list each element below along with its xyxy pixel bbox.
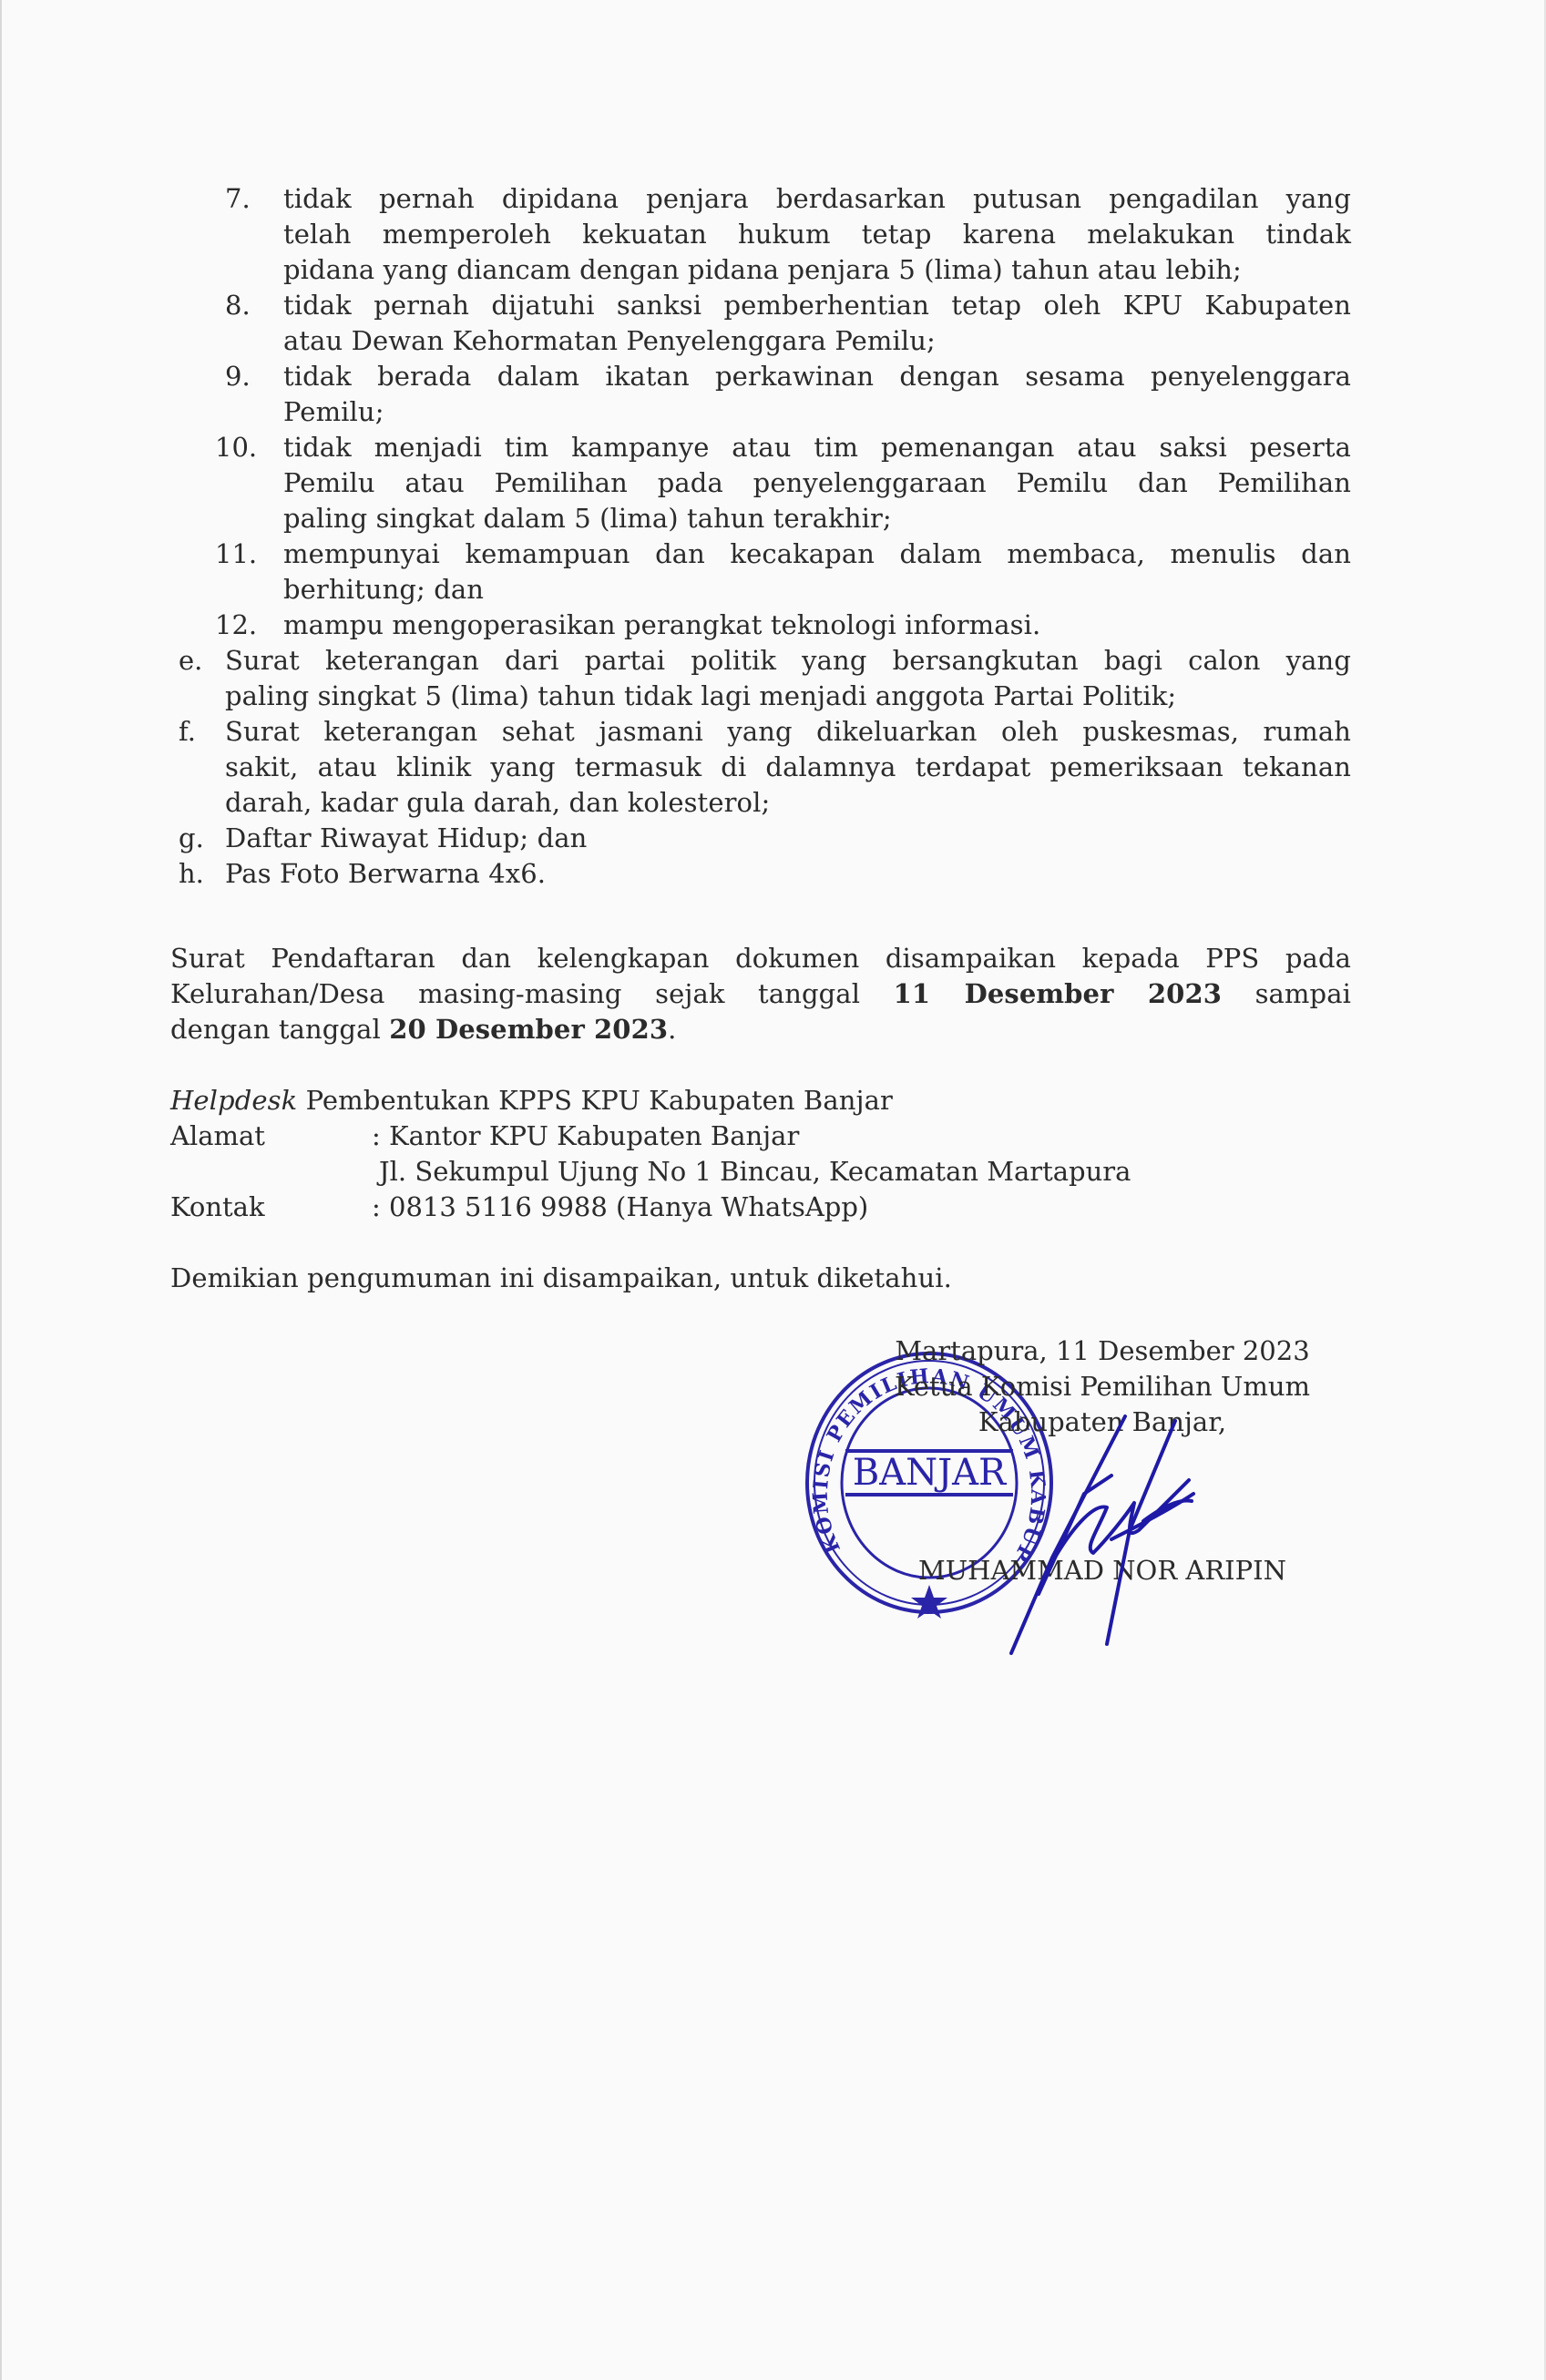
list-letter: h. (179, 856, 204, 892)
list-number: 8. (225, 288, 251, 323)
list-item-text: paling singkat 5 (lima) tahun tidak lagi… (225, 679, 1351, 714)
list-number: 10. (215, 430, 257, 465)
list-item-text: Surat keterangan dari partai politik yan… (225, 643, 1351, 679)
list-item-text: tidak berada dalam ikatan perkawinan den… (283, 359, 1351, 394)
list-item-text: Pemilu atau Pemilihan pada penyelenggara… (283, 465, 1351, 501)
end-date: 20 Desember 2023 (389, 1014, 668, 1045)
address-label: Alamat (170, 1118, 265, 1154)
list-number: 7. (225, 181, 251, 217)
list-letter: g. (179, 821, 204, 856)
address-value: : Kantor KPU Kabupaten Banjar (372, 1118, 799, 1154)
helpdesk-title: Helpdesk Pembentukan KPPS KPU Kabupaten … (170, 1083, 1351, 1118)
list-number: 11. (215, 536, 257, 572)
page-edge (0, 0, 2, 2380)
paragraph-line: Kelurahan/Desa masing-masing sejak tangg… (170, 976, 1351, 1012)
list-item-text: berhitung; dan (283, 572, 1351, 608)
contact-value: : 0813 5116 9988 (Hanya WhatsApp) (372, 1190, 868, 1225)
closing-statement: Demikian pengumuman ini disampaikan, unt… (170, 1261, 1351, 1296)
address-value-line2: Jl. Sekumpul Ujung No 1 Bincau, Kecamata… (379, 1154, 1131, 1190)
helpdesk-title-text: Pembentukan KPPS KPU Kabupaten Banjar (306, 1085, 893, 1116)
list-item-text: sakit, atau klinik yang termasuk di dala… (225, 750, 1351, 785)
list-item-text: Surat keterangan sehat jasmani yang dike… (225, 714, 1351, 750)
list-number: 12. (215, 608, 257, 643)
paragraph-text: Kelurahan/Desa masing-masing sejak tangg… (170, 978, 860, 1009)
list-letter: f. (179, 714, 196, 750)
list-item-text: Pas Foto Berwarna 4x6. (225, 856, 1351, 892)
list-item-text: darah, kadar gula darah, dan kolesterol; (225, 785, 1351, 821)
list-number: 9. (225, 359, 251, 394)
handwritten-signature-icon (947, 1403, 1212, 1667)
list-item-text: tidak pernah dijatuhi sanksi pemberhenti… (283, 288, 1351, 323)
place-date: Martapura, 11 Desember 2023 (855, 1333, 1350, 1369)
list-item-text: mempunyai kemampuan dan kecakapan dalam … (283, 536, 1351, 572)
list-item-text: mampu mengoperasikan perangkat teknologi… (283, 608, 1351, 643)
list-item-text: atau Dewan Kehormatan Penyelenggara Pemi… (283, 323, 1351, 359)
list-item-text: tidak pernah dipidana penjara berdasarka… (283, 181, 1351, 217)
paragraph-line: Surat Pendaftaran dan kelengkapan dokume… (170, 941, 1351, 976)
paragraph-text: . (668, 1014, 676, 1045)
paragraph-text: dengan tanggal (170, 1014, 381, 1045)
list-item-text: telah memperoleh kekuatan hukum tetap ka… (283, 217, 1351, 252)
helpdesk-italic: Helpdesk (170, 1085, 297, 1116)
paragraph-line: dengan tanggal 20 Desember 2023. (170, 1012, 1351, 1047)
list-letter: e. (179, 643, 202, 679)
list-item-text: Pemilu; (283, 394, 1351, 430)
start-date: 11 Desember 2023 (894, 978, 1222, 1009)
list-item-text: tidak menjadi tim kampanye atau tim peme… (283, 430, 1351, 465)
list-item-text: Daftar Riwayat Hidup; dan (225, 821, 1351, 856)
list-item-text: paling singkat dalam 5 (lima) tahun tera… (283, 501, 1351, 536)
contact-label: Kontak (170, 1190, 265, 1225)
paragraph-text: sampai (1255, 978, 1351, 1009)
signatory-position: Ketua Komisi Pemilihan Umum (855, 1369, 1350, 1405)
list-item-text: pidana yang diancam dengan pidana penjar… (283, 252, 1351, 288)
